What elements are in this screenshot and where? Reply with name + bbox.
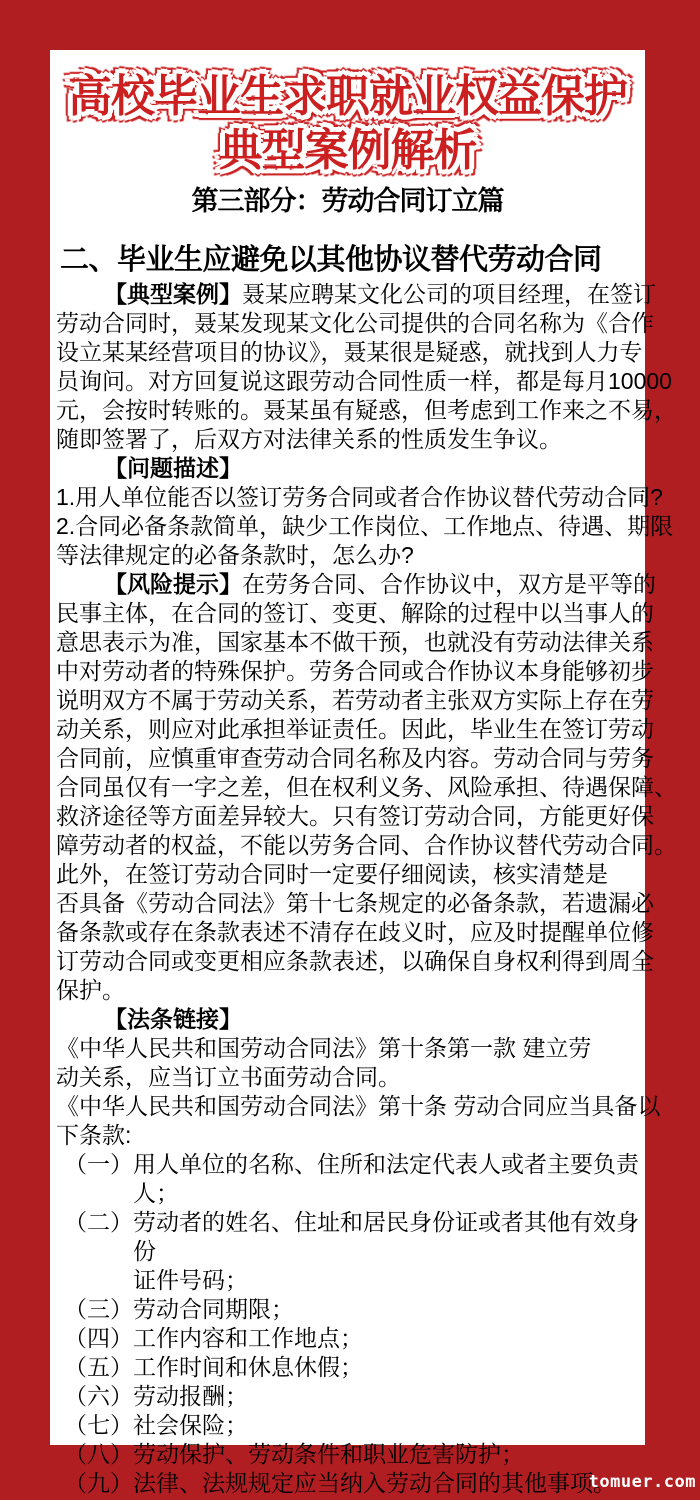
clause-item: （一）用人单位的名称、住所和法定代表人或者主要负责人； [64,1150,639,1208]
clause-marker: （七） [64,1411,133,1440]
clause-marker: （六） [64,1382,133,1411]
poster-title-line2: 典型案例解析 [56,124,639,178]
text-line: 救济途径等方面差异较大。只有签订劳动合同，方能更好保 [56,802,639,831]
text-line: 【典型案例】聂某应聘某文化公司的项目经理，在签订 [56,280,639,309]
clause-text: 劳动报酬； [133,1382,639,1411]
text-line: 合同虽仅有一字之差，但在权利义务、风险承担、待遇保障、 [56,773,639,802]
text-line: 动关系，应当订立书面劳动合同。 [56,1063,639,1092]
clause-text: 劳动者的姓名、住址和居民身份证或者其他有效身份 证件号码； [133,1208,639,1295]
clause-item: （五）工作时间和休息休假； [64,1353,639,1382]
clause-marker: （五） [64,1353,133,1382]
poster-title-line1: 高校毕业生求职就业权益保护 [56,70,639,124]
text-line: 保护。 [56,976,639,1005]
text-line: 《中华人民共和国劳动合同法》第十条 劳动合同应当具备以 [56,1092,639,1121]
text-line: 1.用人单位能否以签订劳务合同或者合作协议替代劳动合同? [56,483,639,512]
poster-subtitle: 第三部分：劳动合同订立篇 [56,186,639,216]
text-line: 障劳动者的权益，不能以劳务合同、合作协议替代劳动合同。 [56,831,639,860]
text-line: 民事主体，在合同的签订、变更、解除的过程中以当事人的 [56,599,639,628]
clause-item: （四）工作内容和工作地点； [64,1324,639,1353]
clause-text: 法律、法规规定应当纳入劳动合同的其他事项。 [133,1469,639,1498]
text-line: 【风险提示】在劳务合同、合作协议中，双方是平等的 [56,570,639,599]
clause-item: （七）社会保险； [64,1411,639,1440]
text-line: 合同前，应慎重审查劳动合同名称及内容。劳动合同与劳务 [56,744,639,773]
clause-item: （三）劳动合同期限； [64,1295,639,1324]
watermark: tomuer.com [589,1472,696,1492]
text-line: 设立某某经营项目的协议》，聂某很是疑惑，就找到人力专 [56,338,639,367]
paragraph-label: 【典型案例】 [104,281,242,307]
clause-item: （八）劳动保护、劳动条件和职业危害防护； [64,1440,639,1469]
clause-item: （九）法律、法规规定应当纳入劳动合同的其他事项。 [64,1469,639,1498]
text-line: 意思表示为准，国家基本不做干预，也就没有劳动法律关系 [56,628,639,657]
text-line: 劳动合同时，聂某发现某文化公司提供的合同名称为《合作 [56,309,639,338]
clause-marker: （一） [64,1150,133,1179]
text-line: 说明双方不属于劳动关系，若劳动者主张双方实际上存在劳 [56,686,639,715]
text-line: 下条款: [56,1121,639,1150]
text-line: 否具备《劳动合同法》第十七条规定的必备条款，若遗漏必 [56,889,639,918]
text-line: 订劳动合同或变更相应条款表述，以确保自身权利得到周全 [56,947,639,976]
clause-list: （一）用人单位的名称、住所和法定代表人或者主要负责人；（二）劳动者的姓名、住址和… [56,1150,639,1498]
text-line: 【问题描述】 [56,454,639,483]
text-line: 【法条链接】 [56,1005,639,1034]
clause-marker: （二） [64,1208,133,1237]
clause-item: （二）劳动者的姓名、住址和居民身份证或者其他有效身份 证件号码； [64,1208,639,1295]
text-line: 2.合同必备条款简单，缺少工作岗位、工作地点、待遇、期限 [56,512,639,541]
clause-text: 工作内容和工作地点； [133,1324,639,1353]
clause-text: 社会保险； [133,1411,639,1440]
body-text: 【典型案例】聂某应聘某文化公司的项目经理，在签订劳动合同时，聂某发现某文化公司提… [56,280,639,1150]
paragraph-label: 【法条链接】 [104,1006,242,1032]
text-line: 随即签署了，后双方对法律关系的性质发生争议。 [56,425,639,454]
text-line: 员询问。对方回复说这跟劳动合同性质一样，都是每月10000 [56,367,639,396]
text-line: 元，会按时转账的。聂某虽有疑惑，但考虑到工作来之不易， [56,396,639,425]
clause-marker: （三） [64,1295,133,1324]
paragraph-label: 【风险提示】 [104,571,242,597]
text-line: 中对劳动者的特殊保护。劳务合同或合作协议本身能够初步 [56,657,639,686]
text-line: 备条款或存在条款表述不清存在歧义时，应及时提醒单位修 [56,918,639,947]
clause-text: 用人单位的名称、住所和法定代表人或者主要负责人； [133,1150,639,1208]
clause-marker: （八） [64,1440,133,1469]
clause-item: （六）劳动报酬； [64,1382,639,1411]
poster-title: 高校毕业生求职就业权益保护 典型案例解析 [56,70,639,178]
clause-marker: （九） [64,1469,133,1498]
clause-text: 工作时间和休息休假； [133,1353,639,1382]
clause-text: 劳动合同期限； [133,1295,639,1324]
text-line: 《中华人民共和国劳动合同法》第十条第一款 建立劳 [56,1034,639,1063]
clause-text: 劳动保护、劳动条件和职业危害防护； [133,1440,639,1469]
text-line: 等法律规定的必备条款时，怎么办? [56,541,639,570]
paragraph-label: 【问题描述】 [104,455,242,481]
text-line: 动关系，则应对此承担举证责任。因此，毕业生在签订劳动 [56,715,639,744]
text-line: 此外，在签订劳动合同时一定要仔细阅读，核实清楚是 [56,860,639,889]
section-heading: 二、毕业生应避免以其他协议替代劳动合同 [56,242,639,278]
clause-marker: （四） [64,1324,133,1353]
content-card: 高校毕业生求职就业权益保护 典型案例解析 第三部分：劳动合同订立篇 二、毕业生应… [50,50,645,1445]
